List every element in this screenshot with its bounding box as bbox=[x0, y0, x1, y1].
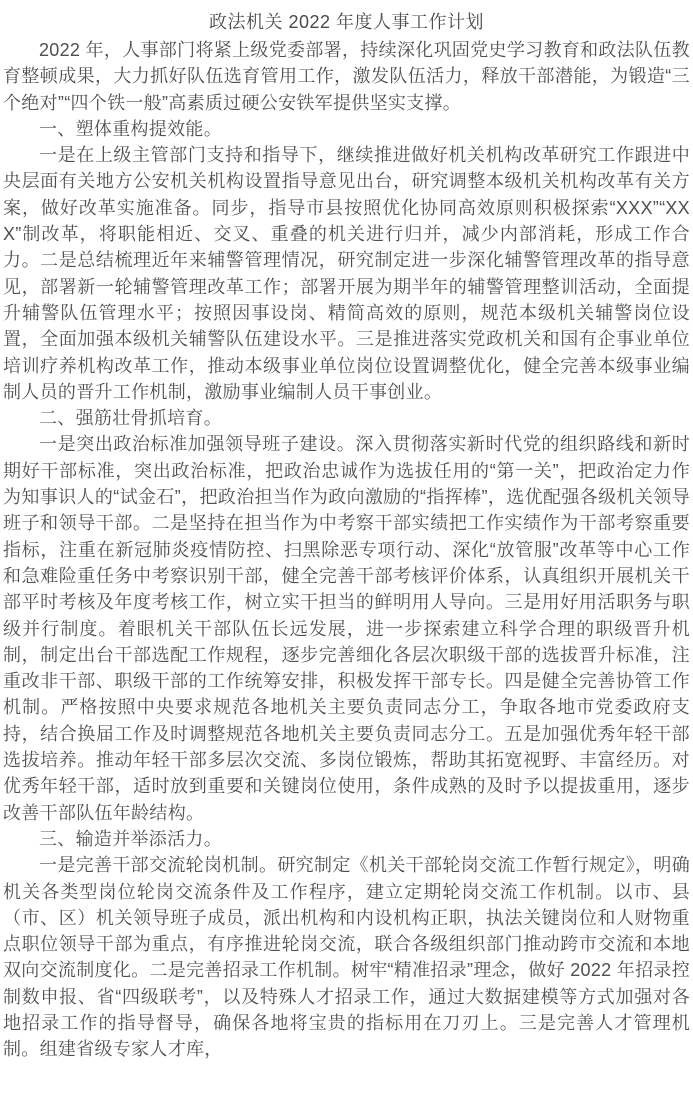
document-title: 政法机关 2022 年度人事工作计划 bbox=[3, 9, 690, 36]
document-body: 2022 年，人事部门将紧上级党委部署，持续深化巩固党史学习教育和政法队伍教育整… bbox=[3, 37, 690, 1063]
body-paragraph: 2022 年，人事部门将紧上级党委部署，持续深化巩固党史学习教育和政法队伍教育整… bbox=[3, 37, 690, 116]
body-paragraph: 一是突出政治标准加强领导班子建设。深入贯彻落实新时代党的组织路线和新时期好干部标… bbox=[3, 431, 690, 825]
document-page: 政法机关 2022 年度人事工作计划 2022 年，人事部门将紧上级党委部署，持… bbox=[0, 0, 693, 1097]
body-paragraph: 一是完善干部交流轮岗机制。研究制定《机关干部轮岗交流工作暂行规定》，明确机关各类… bbox=[3, 852, 690, 1062]
section-heading: 三、输造并举添活力。 bbox=[3, 826, 690, 852]
section-heading: 一、塑体重构提效能。 bbox=[3, 116, 690, 142]
section-heading: 二、强筋壮骨抓培育。 bbox=[3, 405, 690, 431]
body-paragraph: 一是在上级主管部门支持和指导下，继续推进做好机关机构改革研究工作跟进中央层面有关… bbox=[3, 142, 690, 405]
